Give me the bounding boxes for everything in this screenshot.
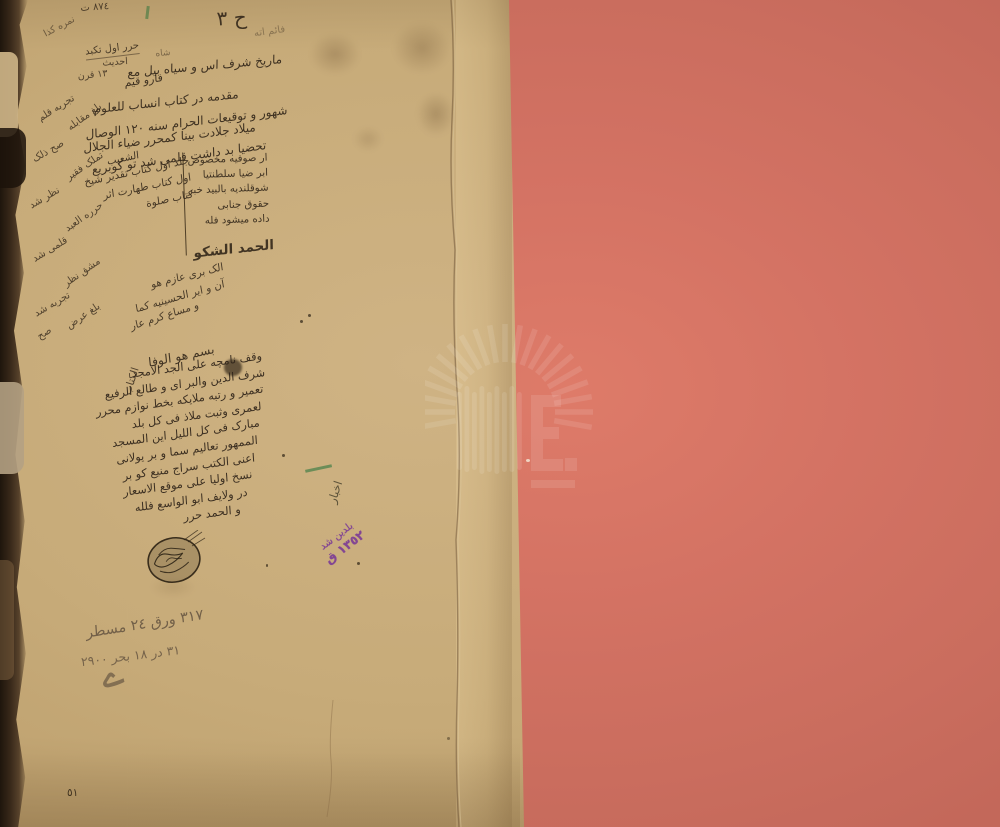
corner-annotation: نمره کذا: [42, 14, 77, 40]
margin-scribble: تجربه شد: [32, 290, 73, 321]
ink-offset-smudge: [393, 22, 451, 74]
corner-annotation: شاه: [155, 48, 171, 61]
ink-speck: [447, 737, 450, 740]
ink-speck: [308, 314, 311, 317]
torn-paper-patch: [0, 52, 18, 137]
bottom-shading: [0, 737, 520, 827]
margin-scribble: حرره العبد: [63, 200, 106, 235]
margin-scribble: بلغ عرض: [65, 301, 104, 333]
worn-edge-patch: [0, 560, 14, 680]
corner-annotation: فائم اته: [253, 24, 286, 41]
ink-speck: [282, 454, 285, 457]
ink-speck: [300, 320, 303, 323]
paper-fleck: [526, 459, 530, 462]
quire-mark: ح ٣: [216, 5, 247, 32]
margin-scribble: مشق نظر: [62, 256, 104, 291]
boxed-note-line: داده میشود فله: [189, 211, 269, 229]
dark-tear-patch: [0, 128, 26, 188]
corner-annotation: ٨٧٤ ت: [80, 1, 110, 15]
page-edge-light-band: [456, 0, 512, 827]
folio-number: ٥١: [67, 787, 78, 800]
margin-scribble: قلمی شد: [31, 235, 71, 266]
pencil-collation-note: ٣١٧ ورق ٢٤ مسطر: [85, 606, 203, 643]
margin-scribble: نظر شد: [27, 185, 62, 212]
accession-stamp: بلدین شد ١٣٥٢ ق: [315, 518, 367, 566]
green-pen-tick: [145, 6, 150, 19]
gray-paper-patch: [0, 382, 24, 474]
scanned-manuscript-spread: ح ٣ ٨٧٤ ت نمره کذا حرر اول تکبد احدیث ١٣…: [0, 0, 1000, 827]
corner-annotation: ١٣ قرن: [77, 68, 108, 83]
ink-offset-smudge: [310, 33, 360, 75]
margin-scribble: صح: [35, 325, 54, 344]
ink-speck: [357, 562, 360, 565]
margin-scribble: صح ذلک: [31, 138, 67, 166]
ink-offset-smudge: [353, 126, 383, 152]
ink-offset-smudge: [417, 92, 455, 136]
ink-seal-impression: [142, 530, 206, 588]
green-pen-dash: [305, 464, 332, 472]
ink-speck: [266, 564, 268, 567]
waqf-note-block: وقف نامچه علی الجد الامجد شرف الدین والب…: [93, 348, 275, 538]
subject-word-note: اخبار: [325, 479, 346, 505]
